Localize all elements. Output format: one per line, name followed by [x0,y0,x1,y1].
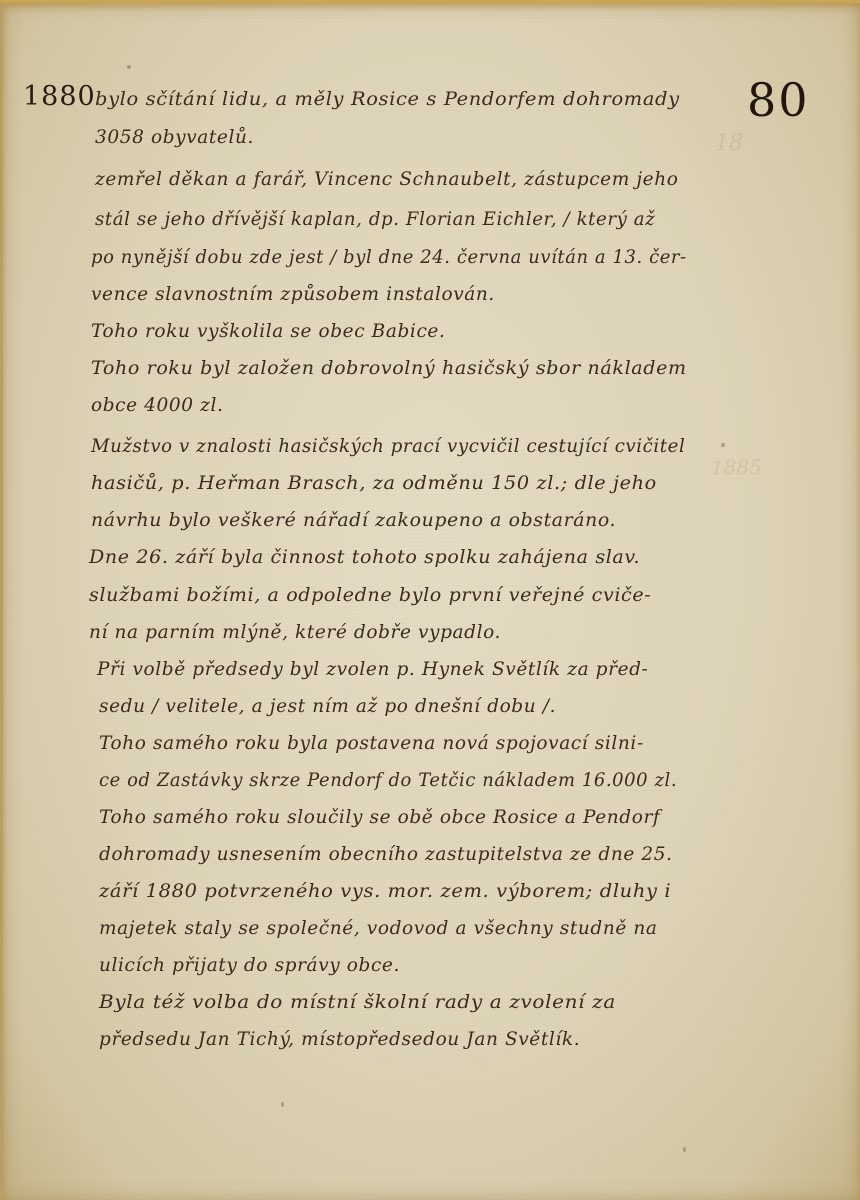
text-line: vence slavnostním způsobem instalován. [91,284,495,305]
text-line: Toho samého roku sloučily se obě obce Ro… [99,807,660,828]
text-line: zemřel děkan a farář, Vincenc Schnaubelt… [95,169,678,190]
text-line: Dne 26. září byla činnost tohoto spolku … [89,547,640,568]
text-line: službami božími, a odpoledne bylo první … [89,585,651,606]
text-line: stál se jeho dřívější kaplan, dp. Floria… [95,209,655,230]
text-line: bylo sčítání lidu, a měly Rosice s Pendo… [95,89,680,110]
text-line: předsedu Jan Tichý, místopředsedou Jan S… [99,1029,580,1050]
text-line: Toho samého roku byla postavena nová spo… [99,733,644,754]
text-line: ulicích přijaty do správy obce. [99,955,400,976]
text-line: sedu / velitele, a jest ním až po dnešní… [99,696,556,717]
text-line: obce 4000 zl. [91,395,223,416]
text-line: Mužstvo v znalosti hasičských prací vycv… [91,436,685,457]
text-line: majetek staly se společné, vodovod a vše… [99,918,658,939]
text-line: ce od Zastávky skrze Pendorf do Tetčic n… [99,770,677,791]
text-line: září 1880 potvrzeného vys. mor. zem. výb… [99,881,671,902]
text-line: ní na parním mlýně, které dobře vypadlo. [89,622,501,643]
text-line: dohromady usnesením obecního zastupitels… [99,844,673,865]
text-line: Toho roku vyškolila se obec Babice. [91,321,445,342]
text-line: Byla též volba do místní školní rady a z… [99,992,616,1013]
text-line: návrhu bylo veškeré nářadí zakoupeno a o… [91,510,616,531]
handwritten-text-block: bylo sčítání lidu, a měly Rosice s Pendo… [3,3,860,1200]
text-line: hasičů, p. Heřman Brasch, za odměnu 150 … [91,473,657,494]
text-line: Při volbě předsedy byl zvolen p. Hynek S… [97,659,648,680]
text-line: 3058 obyvatelů. [95,127,254,148]
chronicle-page: 18 1885 1880 80 bylo sčítání lidu, a měl… [0,0,860,1200]
text-line: po nynější dobu zde jest / byl dne 24. č… [91,247,687,268]
text-line: Toho roku byl založen dobrovolný hasičsk… [91,358,687,379]
